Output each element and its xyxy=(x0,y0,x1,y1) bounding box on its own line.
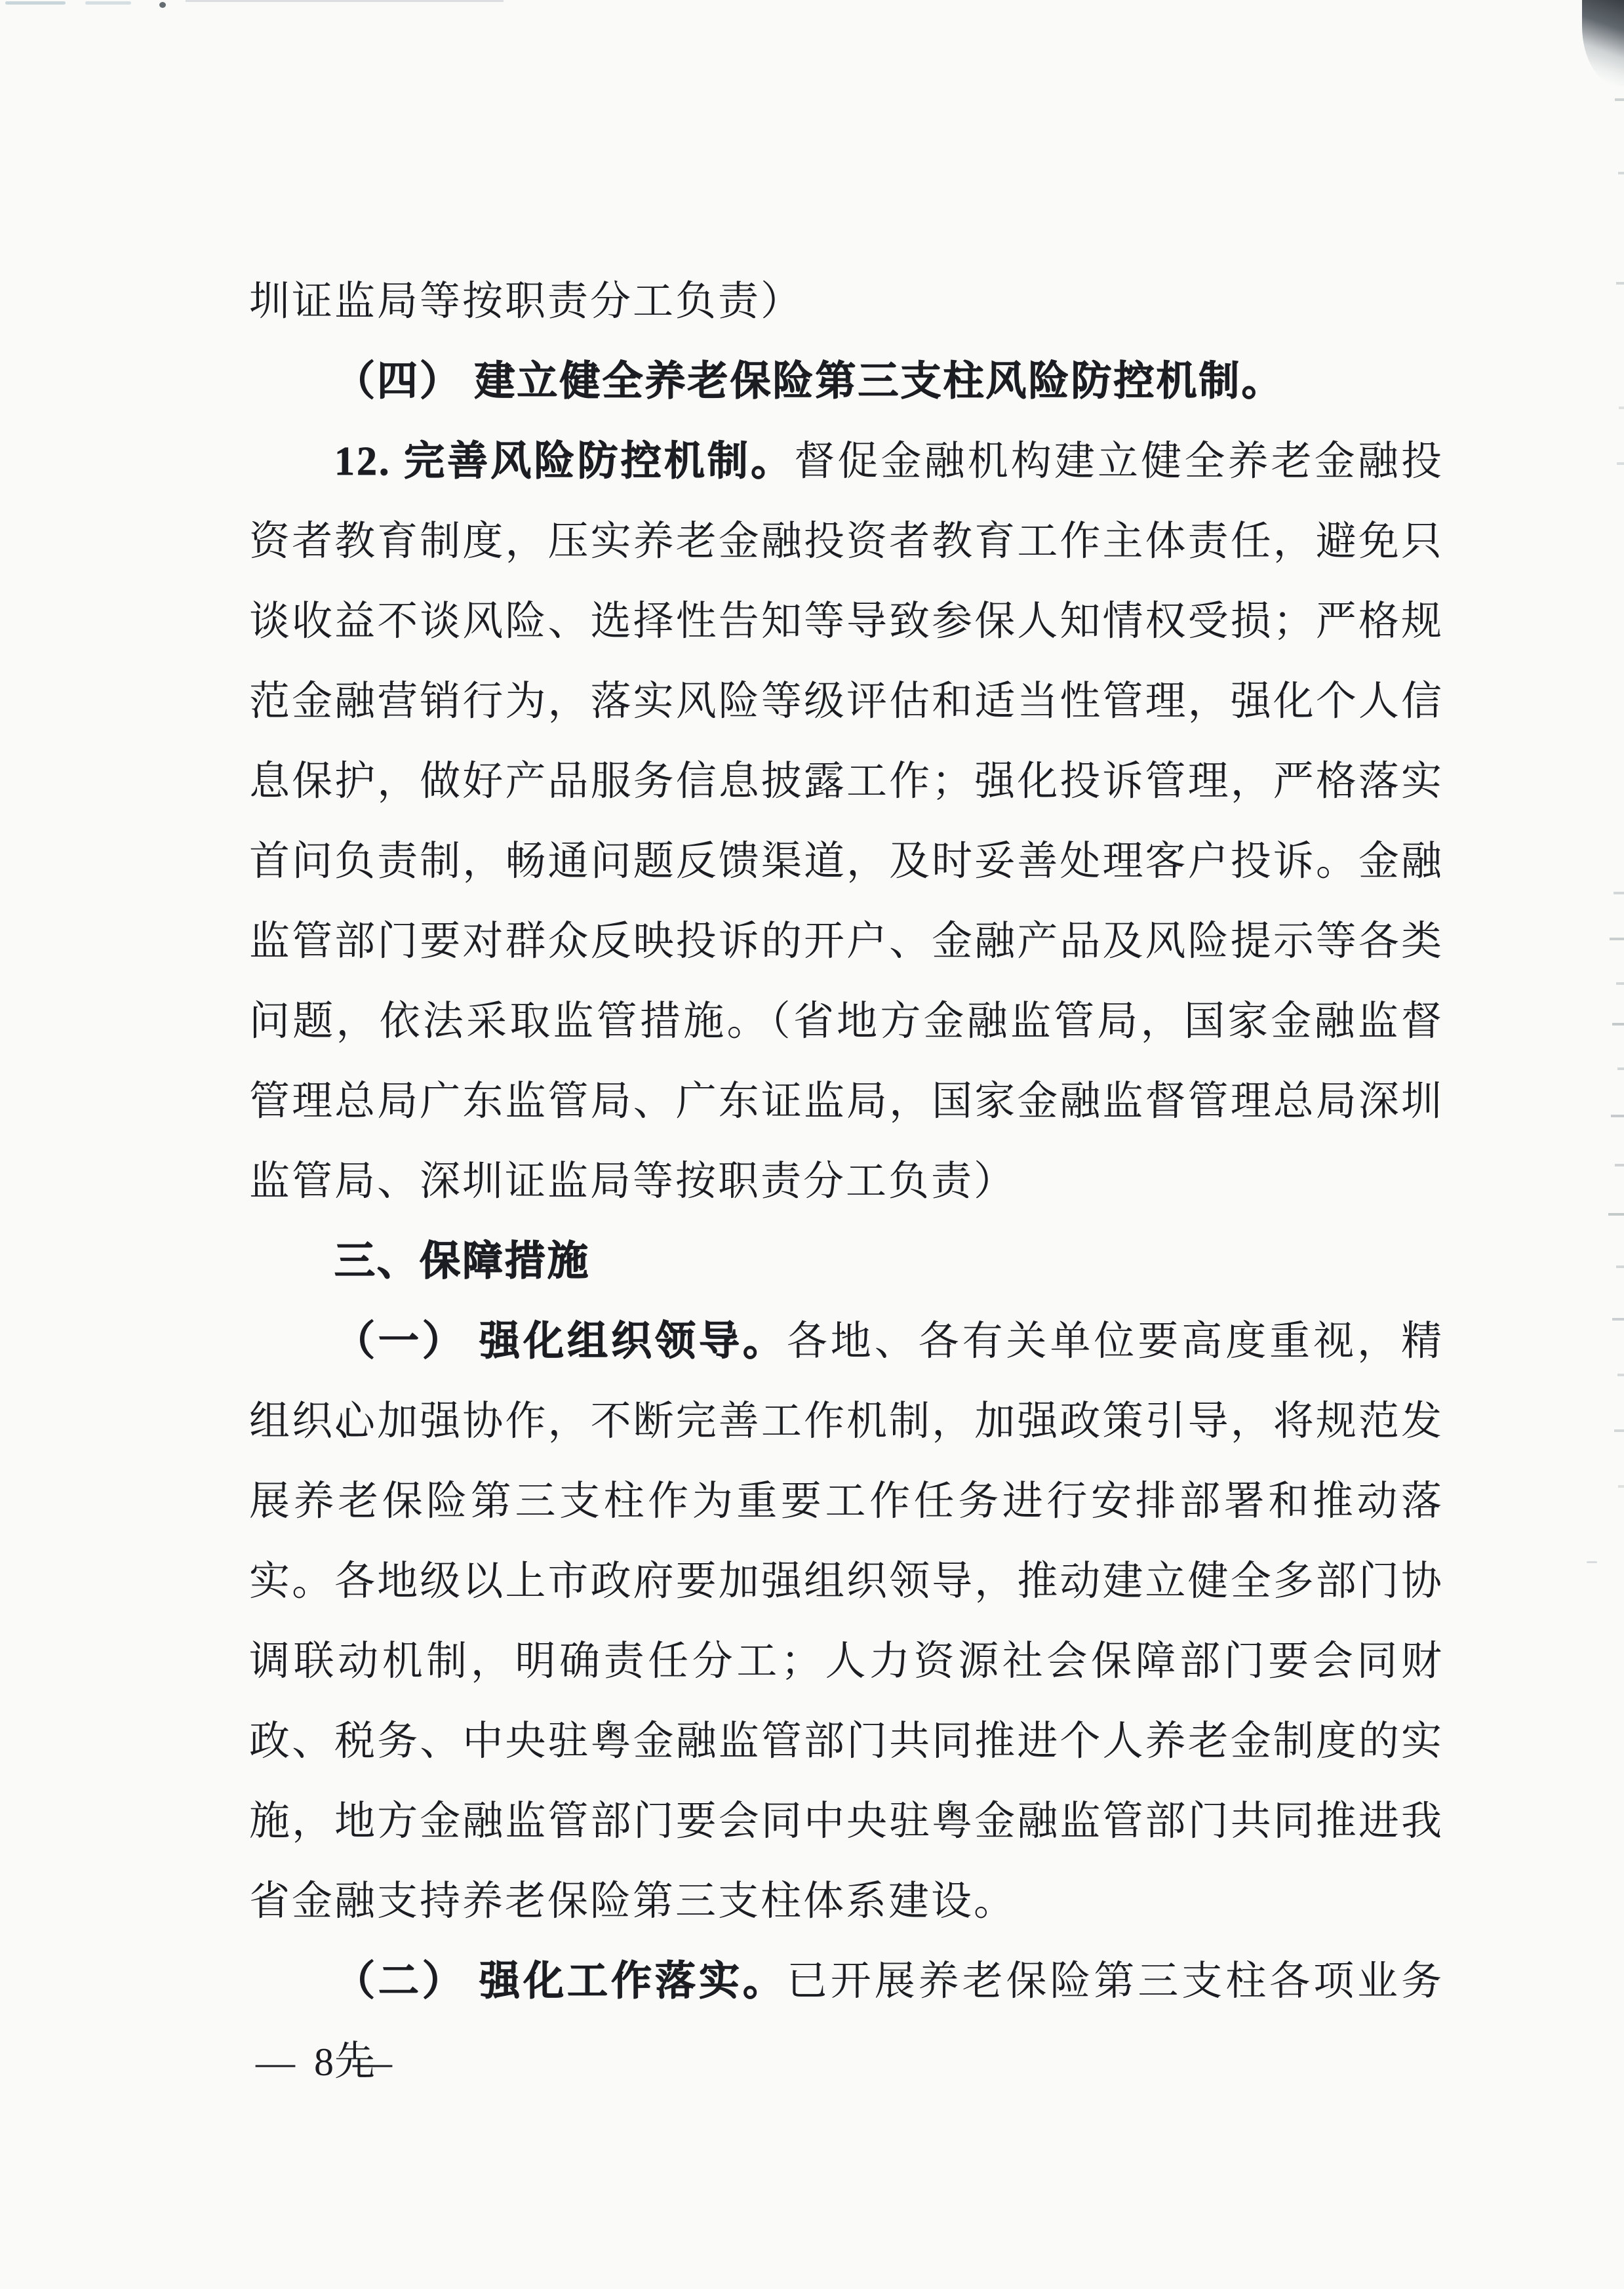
text-run: 施，地方金融监管部门要会同中央驻粤金融监管部门共同推进我 xyxy=(249,1799,1444,1844)
text-line: 圳证监局等按职责分工负责） xyxy=(249,262,1444,342)
text-run: 调联动机制，明确责任分工；人力资源社会保障部门要会同财 xyxy=(249,1639,1444,1684)
text-line: 政、税务、中央驻粤金融监管部门共同推进个人养老金制度的实 xyxy=(249,1702,1444,1781)
text-run: 省金融支持养老保险第三支柱体系建设。 xyxy=(249,1879,1016,1924)
document-body: 圳证监局等按职责分工负责）（四） 建立健全养老保险第三支柱风险防控机制。12. … xyxy=(249,262,1444,2021)
text-line: 谈收益不谈风险、选择性告知等导致参保人知情权受损；严格规 xyxy=(249,582,1444,662)
scan-artifact-edge-tick xyxy=(1616,982,1624,985)
scan-artifact-edge-tick xyxy=(1611,1115,1624,1117)
scan-artifact-topleft-dash-2 xyxy=(85,1,131,5)
scan-artifact-edge-tick xyxy=(1615,98,1624,101)
text-run: 组织、加强协作，不断完善工作机制，加强政策引导，将规范发 xyxy=(249,1399,1444,1444)
scan-artifact-topleft-dot xyxy=(159,2,166,8)
scan-artifact-edge-tick xyxy=(1617,462,1624,465)
text-line: 调联动机制，明确责任分工；人力资源社会保障部门要会同财 xyxy=(249,1622,1444,1702)
text-run: 督促金融机构建立健全养老金融投 xyxy=(794,439,1444,484)
text-line: 监管部门要对群众反映投诉的开户、金融产品及风险提示等各类 xyxy=(249,902,1444,982)
bold-text-run: （四） 建立健全养老保险第三支柱风险防控机制。 xyxy=(334,359,1284,404)
scan-artifact-mid-dash xyxy=(1587,1561,1597,1563)
scan-artifact-edge-tick xyxy=(1612,1023,1624,1025)
text-run: 范金融营销行为，落实风险等级评估和适当性管理，强化个人信 xyxy=(249,679,1444,724)
text-run: 管理总局广东监管局、广东证监局，国家金融监督管理总局深圳 xyxy=(249,1079,1444,1124)
scan-artifact-edge-tick xyxy=(1616,282,1624,285)
scan-artifact-edge-tick xyxy=(1618,172,1624,174)
text-line: 问题，依法采取监管措施。（省地方金融监管局，国家金融监督 xyxy=(249,982,1444,1062)
text-line: （一） 强化组织领导。各地、各有关单位要高度重视，精心 xyxy=(249,1302,1444,1382)
bold-text-run: 三、保障措施 xyxy=(334,1239,590,1284)
text-run: 谈收益不谈风险、选择性告知等导致参保人知情权受损；严格规 xyxy=(249,599,1444,644)
text-run: 资者教育制度，压实养老金融投资者教育工作主体责任，避免只 xyxy=(249,519,1444,564)
text-run: 实。各地级以上市政府要加强组织领导，推动建立健全多部门协 xyxy=(249,1559,1444,1604)
text-line: 施，地方金融监管部门要会同中央驻粤金融监管部门共同推进我 xyxy=(249,1781,1444,1861)
scan-artifact-topleft-dash-1 xyxy=(5,1,66,5)
text-run: 监管局、深圳证监局等按职责分工负责） xyxy=(249,1159,1016,1204)
text-run: 首问负责制，畅通问题反馈渠道，及时妥善处理客户投诉。金融 xyxy=(249,839,1444,884)
scan-artifact-edge-tick xyxy=(1615,1164,1624,1166)
text-run: 政、税务、中央驻粤金融监管部门共同推进个人养老金制度的实 xyxy=(249,1719,1444,1764)
scan-artifact-edge-tick xyxy=(1617,1374,1624,1376)
text-line: （四） 建立健全养老保险第三支柱风险防控机制。 xyxy=(249,342,1444,422)
text-line: 组织、加强协作，不断完善工作机制，加强政策引导，将规范发 xyxy=(249,1382,1444,1462)
text-line: 三、保障措施 xyxy=(249,1222,1444,1302)
bold-text-run: （一） 强化组织领导。 xyxy=(334,1319,787,1364)
scan-artifact-edge-tick xyxy=(1619,407,1624,409)
page-number: — 8 — xyxy=(256,2039,397,2085)
text-line: 息保护，做好产品服务信息披露工作；强化投诉管理，严格落实 xyxy=(249,742,1444,822)
text-run: 息保护，做好产品服务信息披露工作；强化投诉管理，严格落实 xyxy=(249,759,1444,804)
scan-artifact-corner-smudge xyxy=(1582,0,1624,87)
text-run: 问题，依法采取监管措施。（省地方金融监管局，国家金融监督 xyxy=(249,999,1444,1044)
scan-artifact-edge-tick xyxy=(1616,1265,1624,1268)
text-run: 圳证监局等按职责分工负责） xyxy=(249,279,803,324)
text-line: 省金融支持养老保险第三支柱体系建设。 xyxy=(249,1861,1444,1941)
scan-artifact-edge-tick xyxy=(1618,1485,1624,1488)
text-line: 12. 完善风险防控机制。督促金融机构建立健全养老金融投 xyxy=(249,422,1444,502)
text-line: 监管局、深圳证监局等按职责分工负责） xyxy=(249,1142,1444,1222)
text-line: 展养老保险第三支柱作为重要工作任务进行安排部署和推动落 xyxy=(249,1462,1444,1542)
text-line: 资者教育制度，压实养老金融投资者教育工作主体责任，避免只 xyxy=(249,502,1444,582)
bold-text-run: 12. 完善风险防控机制。 xyxy=(334,439,794,484)
scan-artifact-edge-tick xyxy=(1612,1318,1624,1321)
scan-artifact-edge-tick xyxy=(1617,1067,1624,1070)
text-line: 范金融营销行为，落实风险等级评估和适当性管理，强化个人信 xyxy=(249,662,1444,742)
text-line: 首问负责制，畅通问题反馈渠道，及时妥善处理客户投诉。金融 xyxy=(249,822,1444,902)
scan-artifact-edge-tick xyxy=(1614,1429,1624,1432)
scan-artifact-edge-tick xyxy=(1614,892,1624,894)
text-line: 实。各地级以上市政府要加强组织领导，推动建立健全多部门协 xyxy=(249,1542,1444,1622)
scan-artifact-top-hairline xyxy=(186,0,504,2)
scanned-document-page: 圳证监局等按职责分工负责）（四） 建立健全养老保险第三支柱风险防控机制。12. … xyxy=(0,0,1624,2289)
text-run: 监管部门要对群众反映投诉的开户、金融产品及风险提示等各类 xyxy=(249,919,1444,964)
scan-artifact-edge-tick xyxy=(1610,938,1624,940)
bold-text-run: （二） 强化工作落实。 xyxy=(334,1959,787,2004)
scan-artifact-edge-tick xyxy=(1608,1213,1624,1216)
text-line: （二） 强化工作落实。已开展养老保险第三支柱各项业务先 xyxy=(249,1941,1444,2021)
text-run: 展养老保险第三支柱作为重要工作任务进行安排部署和推动落 xyxy=(249,1479,1444,1524)
text-line: 管理总局广东监管局、广东证监局，国家金融监督管理总局深圳 xyxy=(249,1062,1444,1142)
